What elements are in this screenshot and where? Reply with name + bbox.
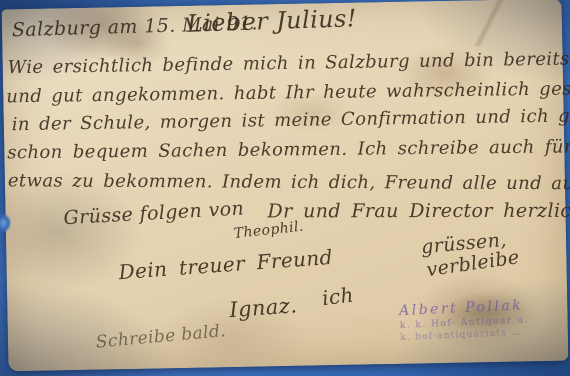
closing-ich: ich (321, 282, 355, 310)
mount-paper-chip (0, 212, 12, 234)
regards-line: Dr und Frau Director herzlich (267, 200, 570, 223)
paper-crease (443, 0, 534, 47)
body-line-3: in der Schule, morgen ist meine Confirma… (12, 105, 570, 135)
salutation: Lieber Julius! (186, 4, 357, 38)
postscript: Schreibe bald. (95, 321, 227, 353)
greeting-line: Grüsse folgen von (63, 197, 245, 229)
scanned-postcard-page: { "document": { "kind": "handwritten pos… (0, 0, 570, 376)
dealer-stamp: Albert Pollak k. k. Hof- Antiquar u. k. … (399, 295, 570, 343)
body-line-5: etwas zu bekommen. Indem ich dich, Freun… (8, 170, 570, 194)
body-line-2: und gut angekommen. habt Ihr heute wahrs… (6, 77, 570, 107)
body-line-1: Wie ersichtlich befinde mich in Salzburg… (8, 47, 570, 78)
closing-line: Dein treuer Freund (118, 245, 334, 284)
body-line-4: schon bequem Sachen bekommen. Ich schrei… (7, 136, 570, 163)
signature-name: Ignaz. (229, 293, 298, 322)
postcard: Salzburg am 15. Mai 91. Lieber Julius! W… (2, 0, 569, 371)
